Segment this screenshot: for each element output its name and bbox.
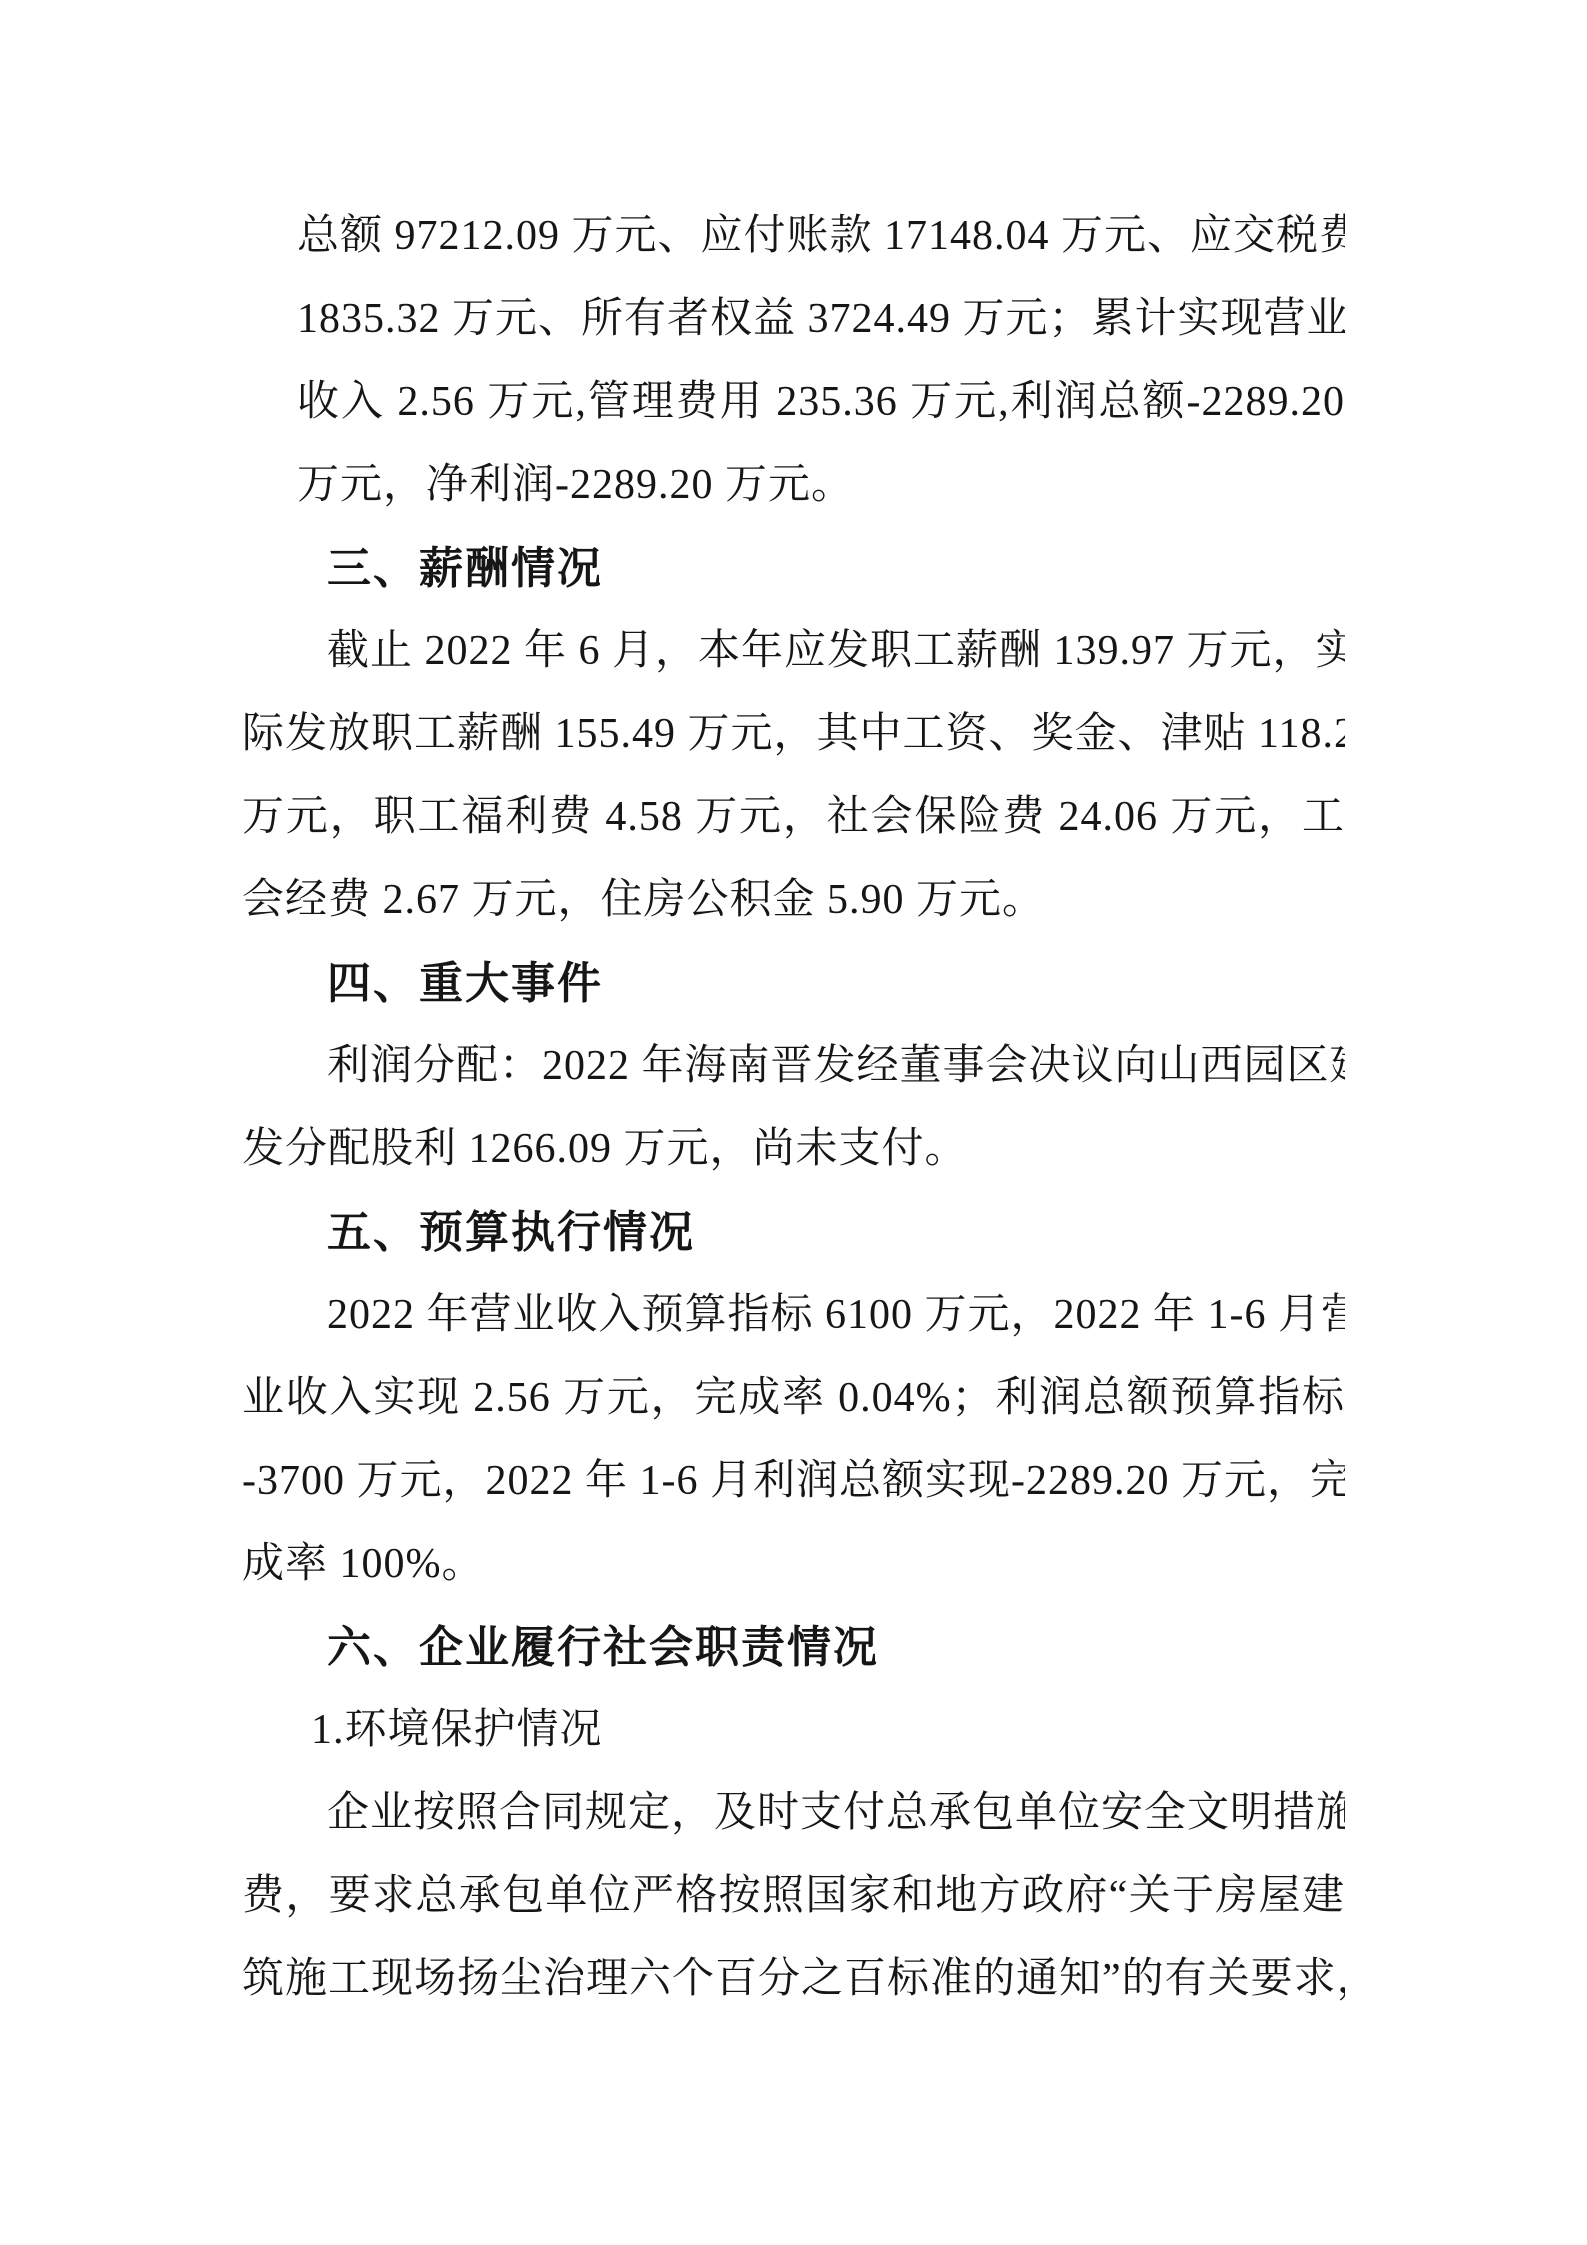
paragraph-environment: 企业按照合同规定，及时支付总承包单位安全文明措施 费，要求总承包单位严格按照国家…: [242, 1772, 1345, 2021]
text-line: 费，要求总承包单位严格按照国家和地方政府“关于房屋建: [242, 1855, 1345, 1938]
text-line: 万元，职工福利费 4.58 万元，社会保险费 24.06 万元，工: [242, 776, 1345, 859]
text-line: 总额 97212.09 万元、应付账款 17148.04 万元、应交税费: [297, 195, 1345, 278]
text-line: 企业按照合同规定，及时支付总承包单位安全文明措施: [242, 1772, 1345, 1855]
paragraph-budget: 2022 年营业收入预算指标 6100 万元，2022 年 1-6 月营 业收入…: [242, 1274, 1345, 1606]
text-line: 发分配股利 1266.09 万元，尚未支付。: [242, 1108, 1345, 1191]
paragraph-salary: 截止 2022 年 6 月，本年应发职工薪酬 139.97 万元，实 际发放职工…: [242, 610, 1345, 942]
text-line: 1835.32 万元、所有者权益 3724.49 万元；累计实现营业: [297, 278, 1345, 361]
text-line: 2022 年营业收入预算指标 6100 万元，2022 年 1-6 月营: [242, 1274, 1345, 1357]
section-heading-major-events: 四、重大事件: [242, 942, 1345, 1025]
text-line: 万元，净利润-2289.20 万元。: [297, 444, 1345, 527]
text-line: -3700 万元，2022 年 1-6 月利润总额实现-2289.20 万元，完: [242, 1440, 1345, 1523]
text-line: 会经费 2.67 万元，住房公积金 5.90 万元。: [242, 859, 1345, 942]
text-line: 成率 100%。: [242, 1523, 1345, 1606]
section-heading-budget: 五、预算执行情况: [242, 1191, 1345, 1274]
text-line: 利润分配：2022 年海南晋发经董事会决议向山西园区建: [242, 1025, 1345, 1108]
section-heading-salary: 三、薪酬情况: [242, 527, 1345, 610]
text-line: 筑施工现场扬尘治理六个百分之百标准的通知”的有关要求，: [242, 1938, 1345, 2021]
paragraph-major-events: 利润分配：2022 年海南晋发经董事会决议向山西园区建 发分配股利 1266.0…: [242, 1025, 1345, 1191]
subheading-environment: 1.环境保护情况: [242, 1689, 1345, 1772]
text-line: 截止 2022 年 6 月，本年应发职工薪酬 139.97 万元，实: [242, 610, 1345, 693]
section-heading-social-responsibility: 六、企业履行社会职责情况: [242, 1606, 1345, 1689]
document-page: 总额 97212.09 万元、应付账款 17148.04 万元、应交税费 183…: [0, 0, 1587, 2245]
text-line: 业收入实现 2.56 万元，完成率 0.04%；利润总额预算指标: [242, 1357, 1345, 1440]
document-body: 总额 97212.09 万元、应付账款 17148.04 万元、应交税费 183…: [242, 195, 1345, 2021]
text-line: 收入 2.56 万元,管理费用 235.36 万元,利润总额-2289.20: [297, 361, 1345, 444]
paragraph-financials: 总额 97212.09 万元、应付账款 17148.04 万元、应交税费 183…: [242, 195, 1345, 527]
text-line: 际发放职工薪酬 155.49 万元，其中工资、奖金、津贴 118.28: [242, 693, 1345, 776]
